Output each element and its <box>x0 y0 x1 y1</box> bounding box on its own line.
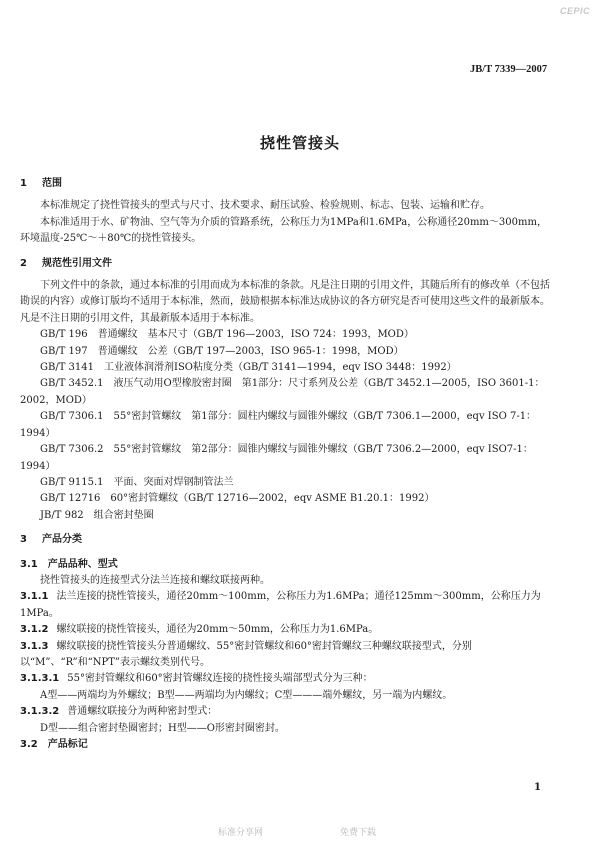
clause-number: 3.1.3 <box>20 641 48 652</box>
clause-text: 55°密封管螺纹和60°密封管螺纹连接的挠性接头端部型式分为三种： <box>67 673 372 684</box>
clause-number: 3.2 <box>20 739 38 750</box>
clause-number: 3.1.3.1 <box>20 673 59 684</box>
clause-3-1-3: 3.1.3螺纹联接的挠性管接头分普通螺纹、55°密封管螺纹和60°密封管螺纹三种… <box>20 639 550 672</box>
clause-3-1-3-1-detail: A型——两端均为外螺纹；B型——两端均为内螺纹；C型———端外螺纹，另一端为内螺… <box>20 688 550 704</box>
clause-3-1-3-2-detail: D型——组合密封垫圈密封；H型——O形密封圈密封。 <box>20 721 550 737</box>
section-number: 2 <box>20 256 42 272</box>
clause-3-1-1: 3.1.1法兰连接的挠性管接头，通径20mm～100mm，公称压力为1.6MPa… <box>20 589 550 622</box>
clause-text: 螺纹联接的挠性管接头分普通螺纹、55°密封管螺纹和60°密封管螺纹三种螺纹联接型… <box>20 641 472 668</box>
clause-3-1-2: 3.1.2螺纹联接的挠性管接头，通径为20mm～50mm，公称压力为1.6MPa… <box>20 622 550 638</box>
section-1-heading: 1范围 <box>20 176 550 192</box>
section-3-heading: 3产品分类 <box>20 532 550 548</box>
reference-item: GB/T 7306.2 55°密封管螺纹 第2部分：圆锥内螺纹与圆锥外螺纹（GB… <box>20 442 550 475</box>
reference-item: JB/T 982 组合密封垫圈 <box>20 508 550 524</box>
footer-watermark-left: 标准分享网 <box>218 825 263 838</box>
clause-title: 产品标记 <box>48 739 88 750</box>
clause-number: 3.1.3.2 <box>20 706 59 717</box>
section-2-heading: 2规范性引用文件 <box>20 256 550 272</box>
reference-item: GB/T 9115.1 平面、突面对焊钢制管法兰 <box>20 475 550 491</box>
reference-item: GB/T 197 普通螺纹 公差（GB/T 197—2003，ISO 965-1… <box>20 344 550 360</box>
clause-3-1-text: 挠性管接头的连接型式分法兰连接和螺纹联接两种。 <box>20 573 550 589</box>
clause-text: 螺纹联接的挠性管接头，通径为20mm～50mm，公称压力为1.6MPa。 <box>56 624 378 635</box>
clause-number: 3.1 <box>20 559 38 570</box>
reference-item: GB/T 12716 60°密封管螺纹（GB/T 12716—2002，eqv … <box>20 491 550 507</box>
clause-number: 3.1.1 <box>20 591 48 602</box>
clause-text: 法兰连接的挠性管接头，通径20mm～100mm，公称压力为1.6MPa；通径12… <box>20 591 541 618</box>
clause-3-1-heading: 3.1产品品种、型式 <box>20 557 550 573</box>
scope-paragraph-2: 本标准适用于水、矿物油、空气等为介质的管路系统，公称压力为1MPa和1.6MPa… <box>20 215 550 248</box>
section-title: 产品分类 <box>42 534 82 545</box>
references-intro: 下列文件中的条款，通过本标准的引用而成为本标准的条款。凡是注日期的引用文件，其随… <box>20 278 550 327</box>
reference-item: GB/T 196 普通螺纹 基本尺寸（GB/T 196—2003，ISO 724… <box>20 327 550 343</box>
reference-item: GB/T 3452.1 液压气动用O型橡胶密封圈 第1部分：尺寸系列及公差（GB… <box>20 376 550 409</box>
clause-3-1-3-2: 3.1.3.2普通螺纹联接分为两种密封型式： <box>20 704 550 720</box>
clause-number: 3.1.2 <box>20 624 48 635</box>
clause-3-2-heading: 3.2产品标记 <box>20 737 550 753</box>
cepic-watermark-logo: CEPIC <box>560 6 590 16</box>
footer-watermark-right: 免费下载 <box>340 825 376 838</box>
section-number: 1 <box>20 176 42 192</box>
page-number: 1 <box>534 782 541 793</box>
section-title: 范围 <box>42 178 62 189</box>
clause-title: 产品品种、型式 <box>48 559 118 570</box>
clause-text: 普通螺纹联接分为两种密封型式： <box>67 706 217 717</box>
section-title: 规范性引用文件 <box>42 258 112 269</box>
section-number: 3 <box>20 532 42 548</box>
reference-item: GB/T 7306.1 55°密封管螺纹 第1部分：圆柱内螺纹与圆锥外螺纹（GB… <box>20 409 550 442</box>
scope-paragraph-1: 本标准规定了挠性管接头的型式与尺寸、技术要求、耐压试验、检验规则、标志、包装、运… <box>20 198 550 214</box>
reference-item: GB/T 3141 工业液体润滑剂ISO粘度分类（GB/T 3141—1994，… <box>20 360 550 376</box>
clause-3-1-3-1: 3.1.3.155°密封管螺纹和60°密封管螺纹连接的挠性接头端部型式分为三种： <box>20 671 550 687</box>
standard-number: JB/T 7339—2007 <box>470 64 547 75</box>
document-title: 挠性管接头 <box>0 132 600 153</box>
document-body: 1范围 本标准规定了挠性管接头的型式与尺寸、技术要求、耐压试验、检验规则、标志、… <box>20 176 550 753</box>
